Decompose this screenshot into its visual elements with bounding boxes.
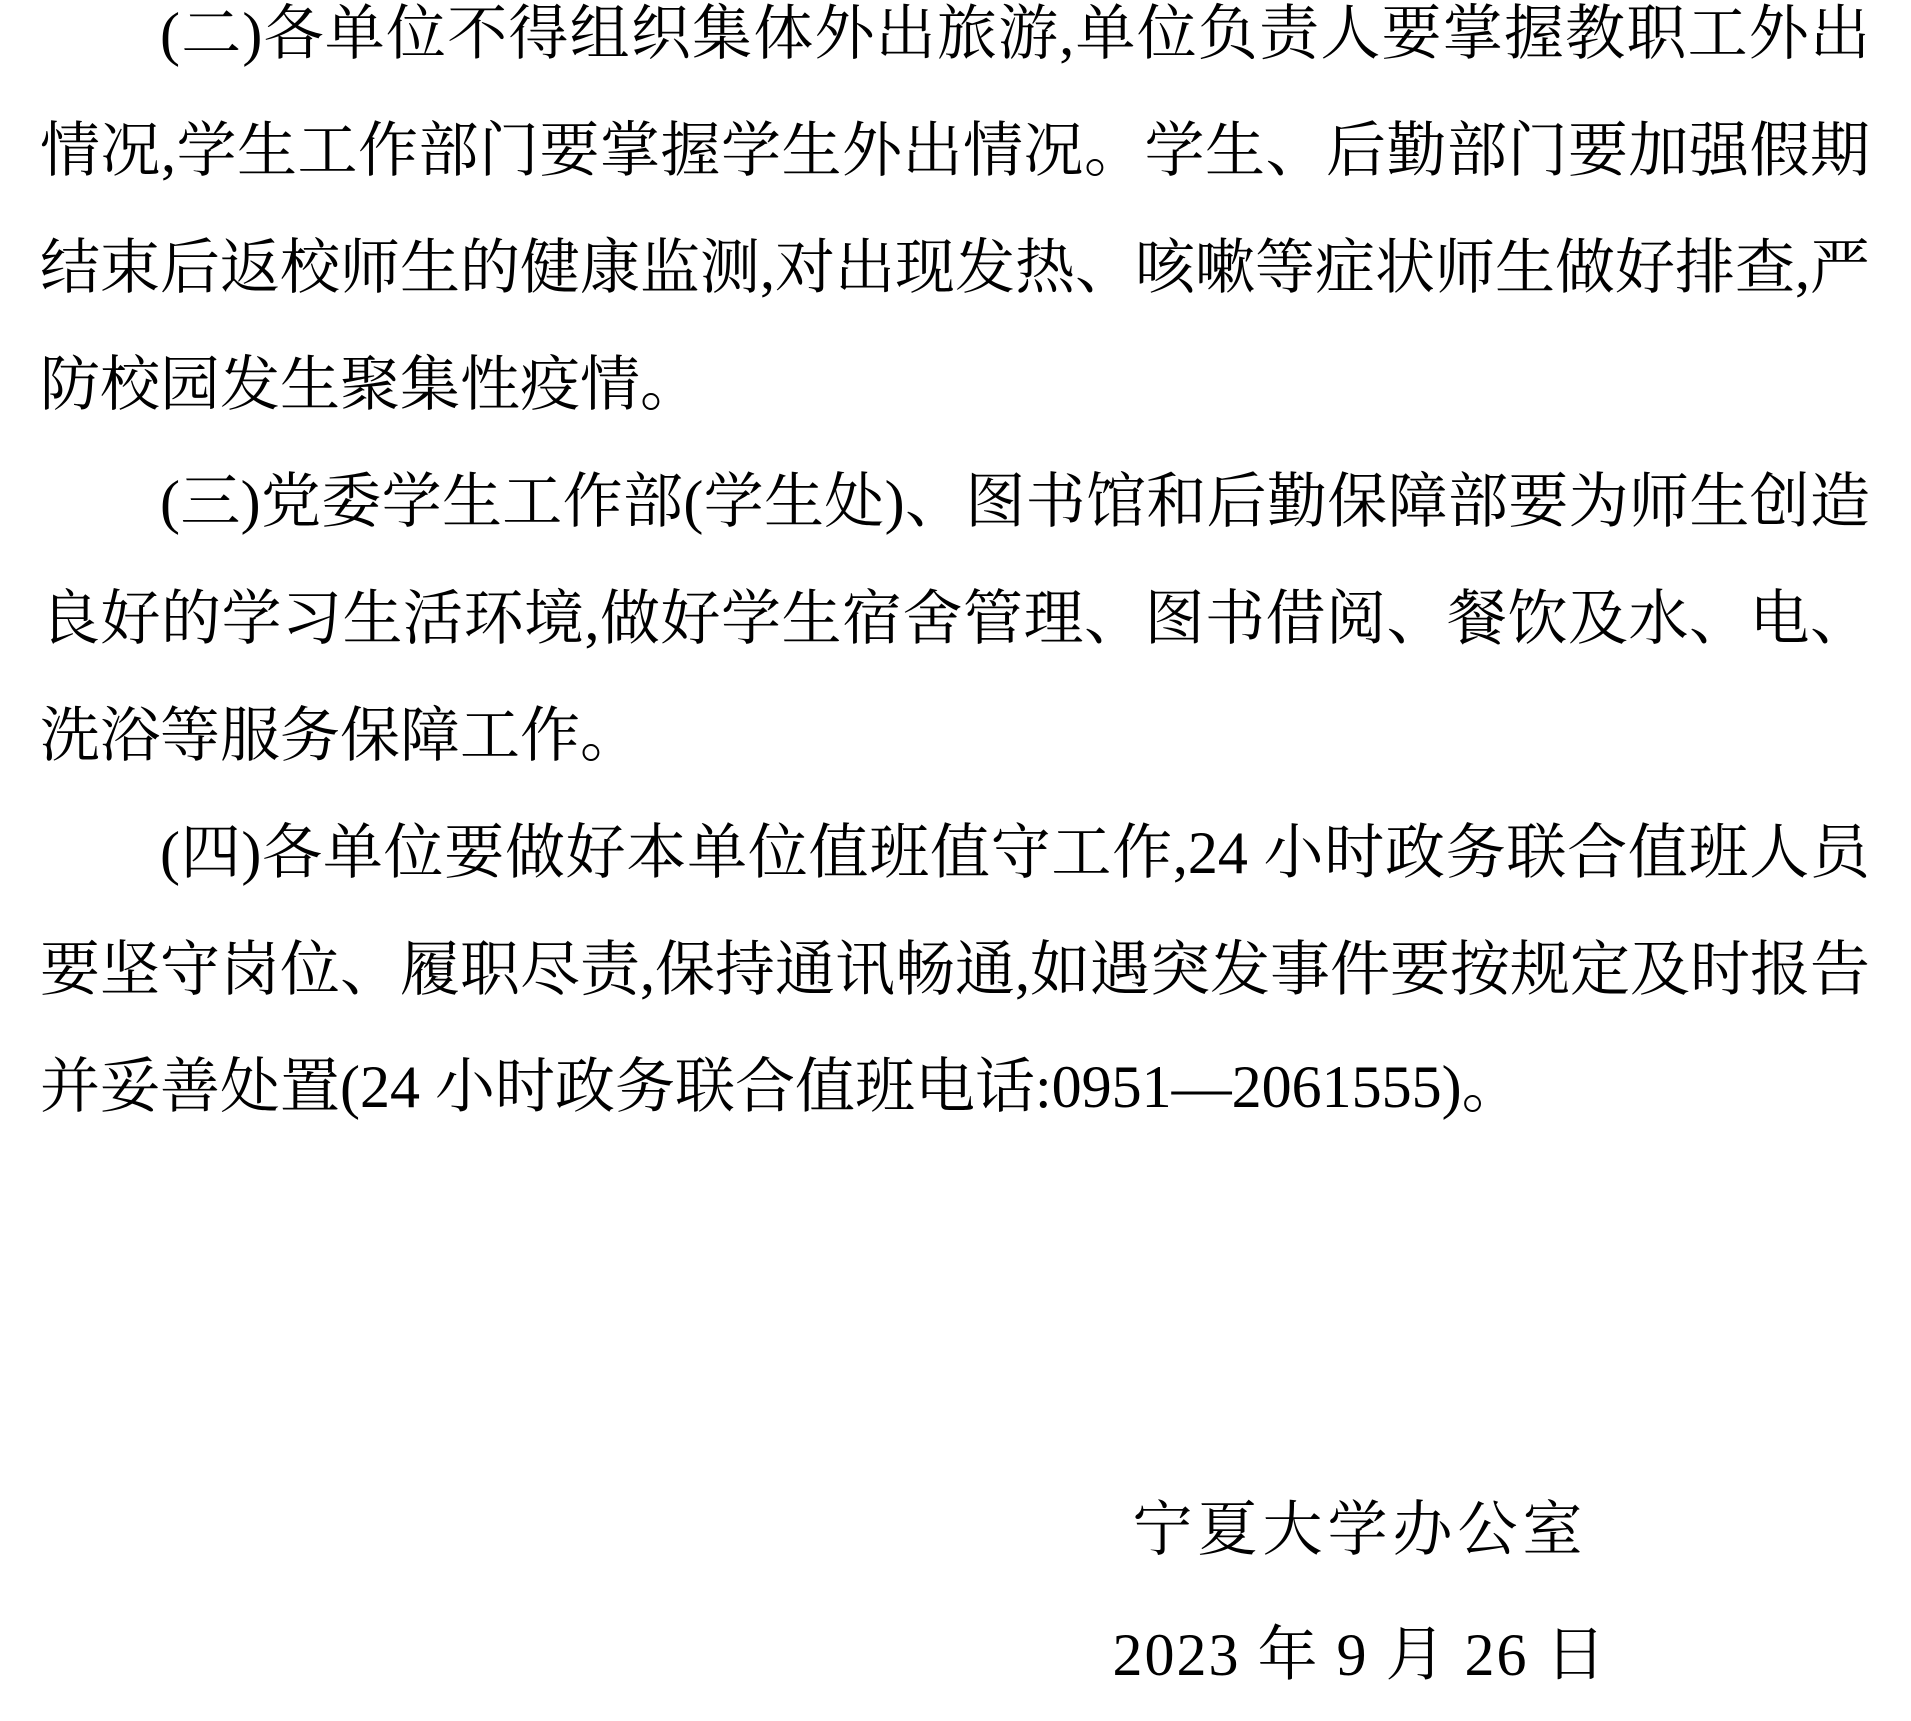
paragraph-item-4: (四)各单位要做好本单位值班值守工作,24 小时政务联合值班人员要坚守岗位、履职… [0,795,1911,1146]
paragraph-item-3: (三)党委学生工作部(学生处)、图书馆和后勤保障部要为师生创造良好的学习生活环境… [0,444,1911,795]
paragraph-item-2: (二)各单位不得组织集体外出旅游,单位负责人要掌握教职工外出情况,学生工作部门要… [0,0,1911,444]
signature-organization: 宁夏大学办公室 [1040,1468,1680,1593]
document-body: (二)各单位不得组织集体外出旅游,单位负责人要掌握教职工外出情况,学生工作部门要… [0,0,1911,1146]
document-page: (二)各单位不得组织集体外出旅游,单位负责人要掌握教职工外出情况,学生工作部门要… [0,0,1911,1697]
signature-block: 宁夏大学办公室 2023 年 9 月 26 日 [1040,1468,1680,1718]
signature-date: 2023 年 9 月 26 日 [1040,1593,1680,1718]
